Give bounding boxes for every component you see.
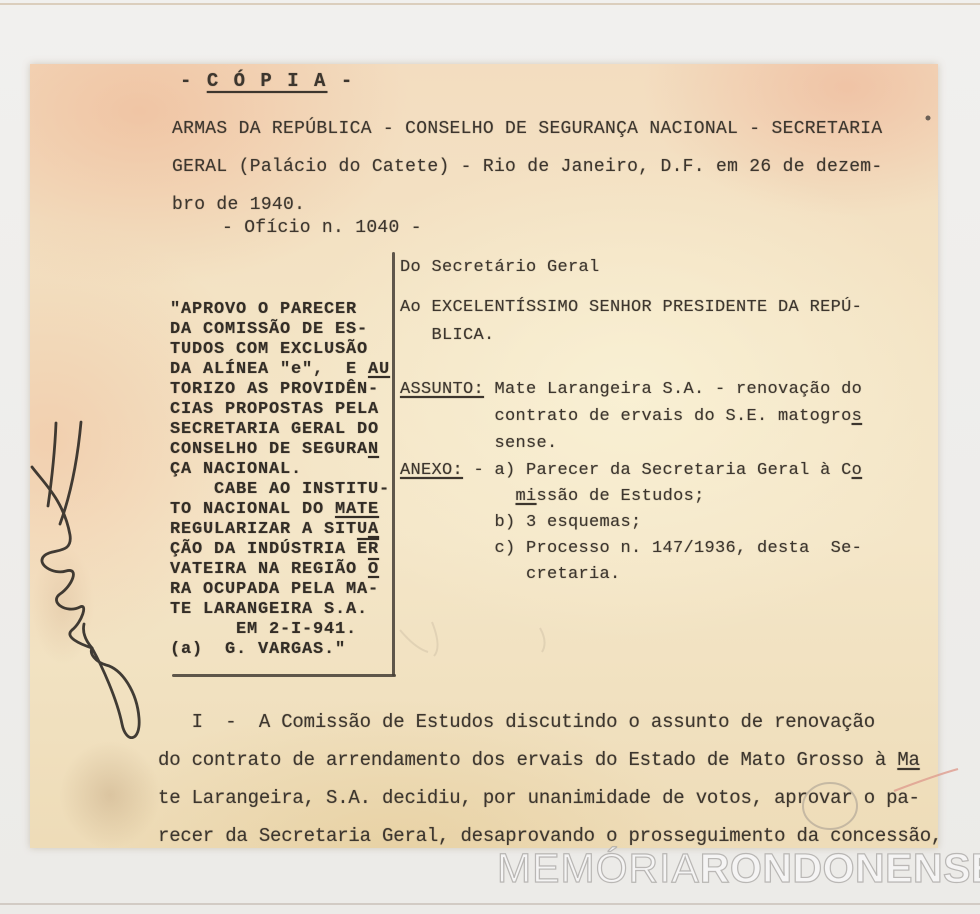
quote-box-vertical-rule [392, 252, 395, 676]
watermark-memoria: MEMÓRIA [497, 845, 700, 891]
copy-heading: - C Ó P I A - [180, 70, 354, 92]
addressee-lines: Ao EXCELENTÍSSIMO SENHOR PRESIDENTE DA R… [400, 294, 862, 350]
anexo-block: ANEXO: - a) Parecer da Secretaria Geral … [400, 458, 862, 588]
watermark: MEMÓRIARONDONENSE [497, 845, 980, 893]
photo-frame: - C Ó P I A - ARMAS DA REPÚBLICA - CONSE… [0, 0, 980, 914]
approval-quote-block: "APROVO O PARECERDA COMISSÃO DE ES-TUDOS… [170, 300, 390, 660]
oficio-number: - Ofício n. 1040 - [222, 218, 422, 238]
from-line: Do Secretário Geral [400, 258, 600, 277]
paper-stain [18, 520, 108, 690]
frame-top-rule [0, 3, 980, 5]
watermark-rondonense: RONDONENSE [700, 845, 980, 891]
quote-box-bottom-rule [172, 674, 396, 677]
body-paragraph: I - A Comissão de Estudos discutindo o a… [158, 703, 942, 855]
assunto-block: ASSUNTO: Mate Larangeira S.A. - renovaçã… [400, 376, 862, 457]
letterhead: ARMAS DA REPÚBLICA - CONSELHO DE SEGURAN… [172, 110, 883, 224]
frame-bottom-rule [0, 903, 980, 905]
